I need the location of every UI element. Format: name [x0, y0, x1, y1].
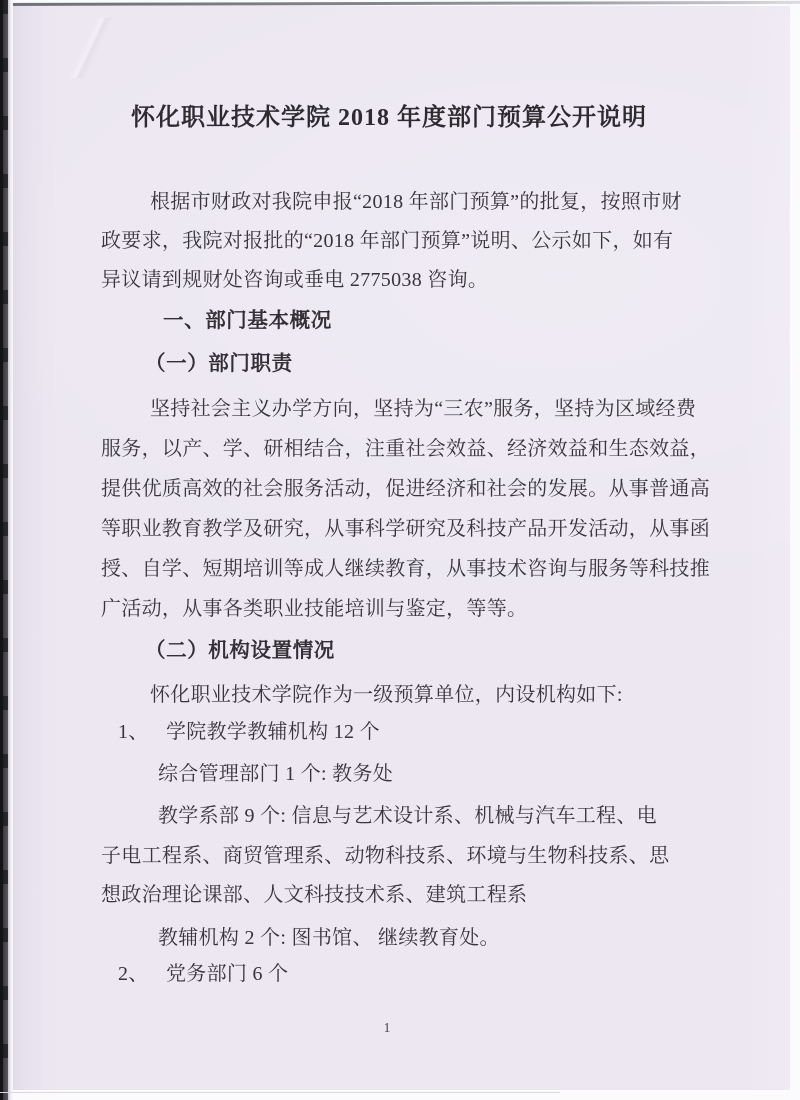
duties-line: 授、自学、短期培训等成人继续教育，从事技术咨询与服务等科技推 — [101, 549, 710, 589]
subsection-heading-organization: （二）机构设置情况 — [145, 631, 335, 671]
duties-line: 坚持社会主义办学方向，坚持为“三农”服务，坚持为区域经费 — [101, 389, 710, 429]
duties-line: 等职业教育教学及研究，从事科学研究及科技产品开发活动，从事函 — [101, 509, 710, 549]
teaching-line: 教学系部 9 个: 信息与艺术设计系、机械与汽车工程、电 — [101, 797, 669, 837]
org-sub-teaching: 教学系部 9 个: 信息与艺术设计系、机械与汽车工程、电 子电工程系、商贸管理系… — [101, 797, 669, 916]
organization-intro: 怀化职业技术学院作为一级预算单位，内设机构如下: — [101, 675, 623, 715]
duties-line: 服务，以产、学、研相结合，注重社会效益、经济效益和生态效益， — [101, 429, 710, 469]
teaching-line: 子电工程系、商贸管理系、动物科技系、环境与生物科技系、思 — [101, 837, 669, 877]
teaching-line: 想政治理论课部、人文科技技术系、建筑工程系 — [101, 876, 669, 916]
intro-line: 政要求，我院对报批的“2018 年部门预算”说明、公示如下，如有 — [101, 222, 682, 261]
paper-crease — [14, 18, 164, 78]
scanned-document-page: 怀化职业技术学院 2018 年度部门预算公开说明 根据市财政对我院申报“2018… — [0, 0, 800, 1100]
section-heading-overview: 一、部门基本概况 — [163, 301, 332, 341]
duties-line: 广活动，从事各类职业技能培训与鉴定，等等。 — [101, 589, 710, 629]
list-number: 2、 — [118, 954, 166, 994]
subsection-heading-duties: （一）部门职责 — [145, 344, 293, 384]
document-title: 怀化职业技术学院 2018 年度部门预算公开说明 — [0, 96, 778, 140]
intro-line: 异议请到规财处咨询或垂电 2775038 咨询。 — [101, 261, 682, 300]
duties-paragraph: 坚持社会主义办学方向，坚持为“三农”服务，坚持为区域经费 服务，以产、学、研相结… — [101, 389, 710, 629]
page-number: 1 — [0, 1017, 774, 1039]
duties-line: 提供优质高效的社会服务活动，促进经济和社会的发展。从事普通高 — [101, 469, 710, 509]
org-sub-auxiliary: 教辅机构 2 个: 图书馆、 继续教育处。 — [158, 918, 500, 958]
intro-line: 根据市财政对我院申报“2018 年部门预算”的批复，按照市财 — [101, 183, 682, 222]
org-sub-admin: 综合管理部门 1 个: 教务处 — [158, 754, 393, 794]
org-list-item-1: 1、 学院教学教辅机构 12 个 — [118, 712, 380, 752]
list-item-text: 学院教学教辅机构 12 个 — [166, 712, 380, 752]
list-number: 1、 — [118, 712, 166, 752]
org-list-item-2: 2、 党务部门 6 个 — [118, 954, 288, 994]
intro-paragraph: 根据市财政对我院申报“2018 年部门预算”的批复，按照市财 政要求，我院对报批… — [101, 183, 682, 300]
list-item-text: 党务部门 6 个 — [166, 954, 288, 994]
scan-left-edge-highlight — [8, 0, 13, 1100]
scan-bottom-edge — [0, 1092, 560, 1093]
